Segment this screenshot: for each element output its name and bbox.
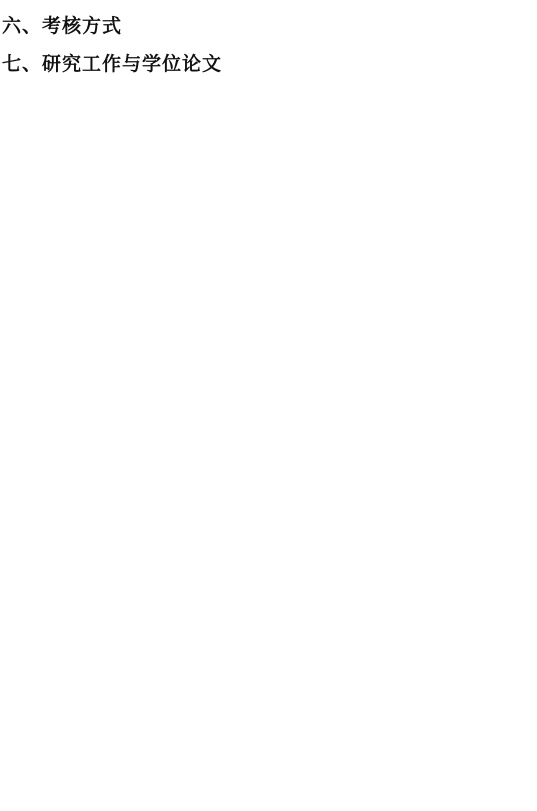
document-body: 六、考核方式七、研究工作与学位论文 — [2, 12, 535, 80]
document-page: 六、考核方式七、研究工作与学位论文 — [0, 0, 537, 811]
section-heading: 七、研究工作与学位论文 — [2, 50, 535, 80]
section-heading: 六、考核方式 — [2, 12, 535, 42]
